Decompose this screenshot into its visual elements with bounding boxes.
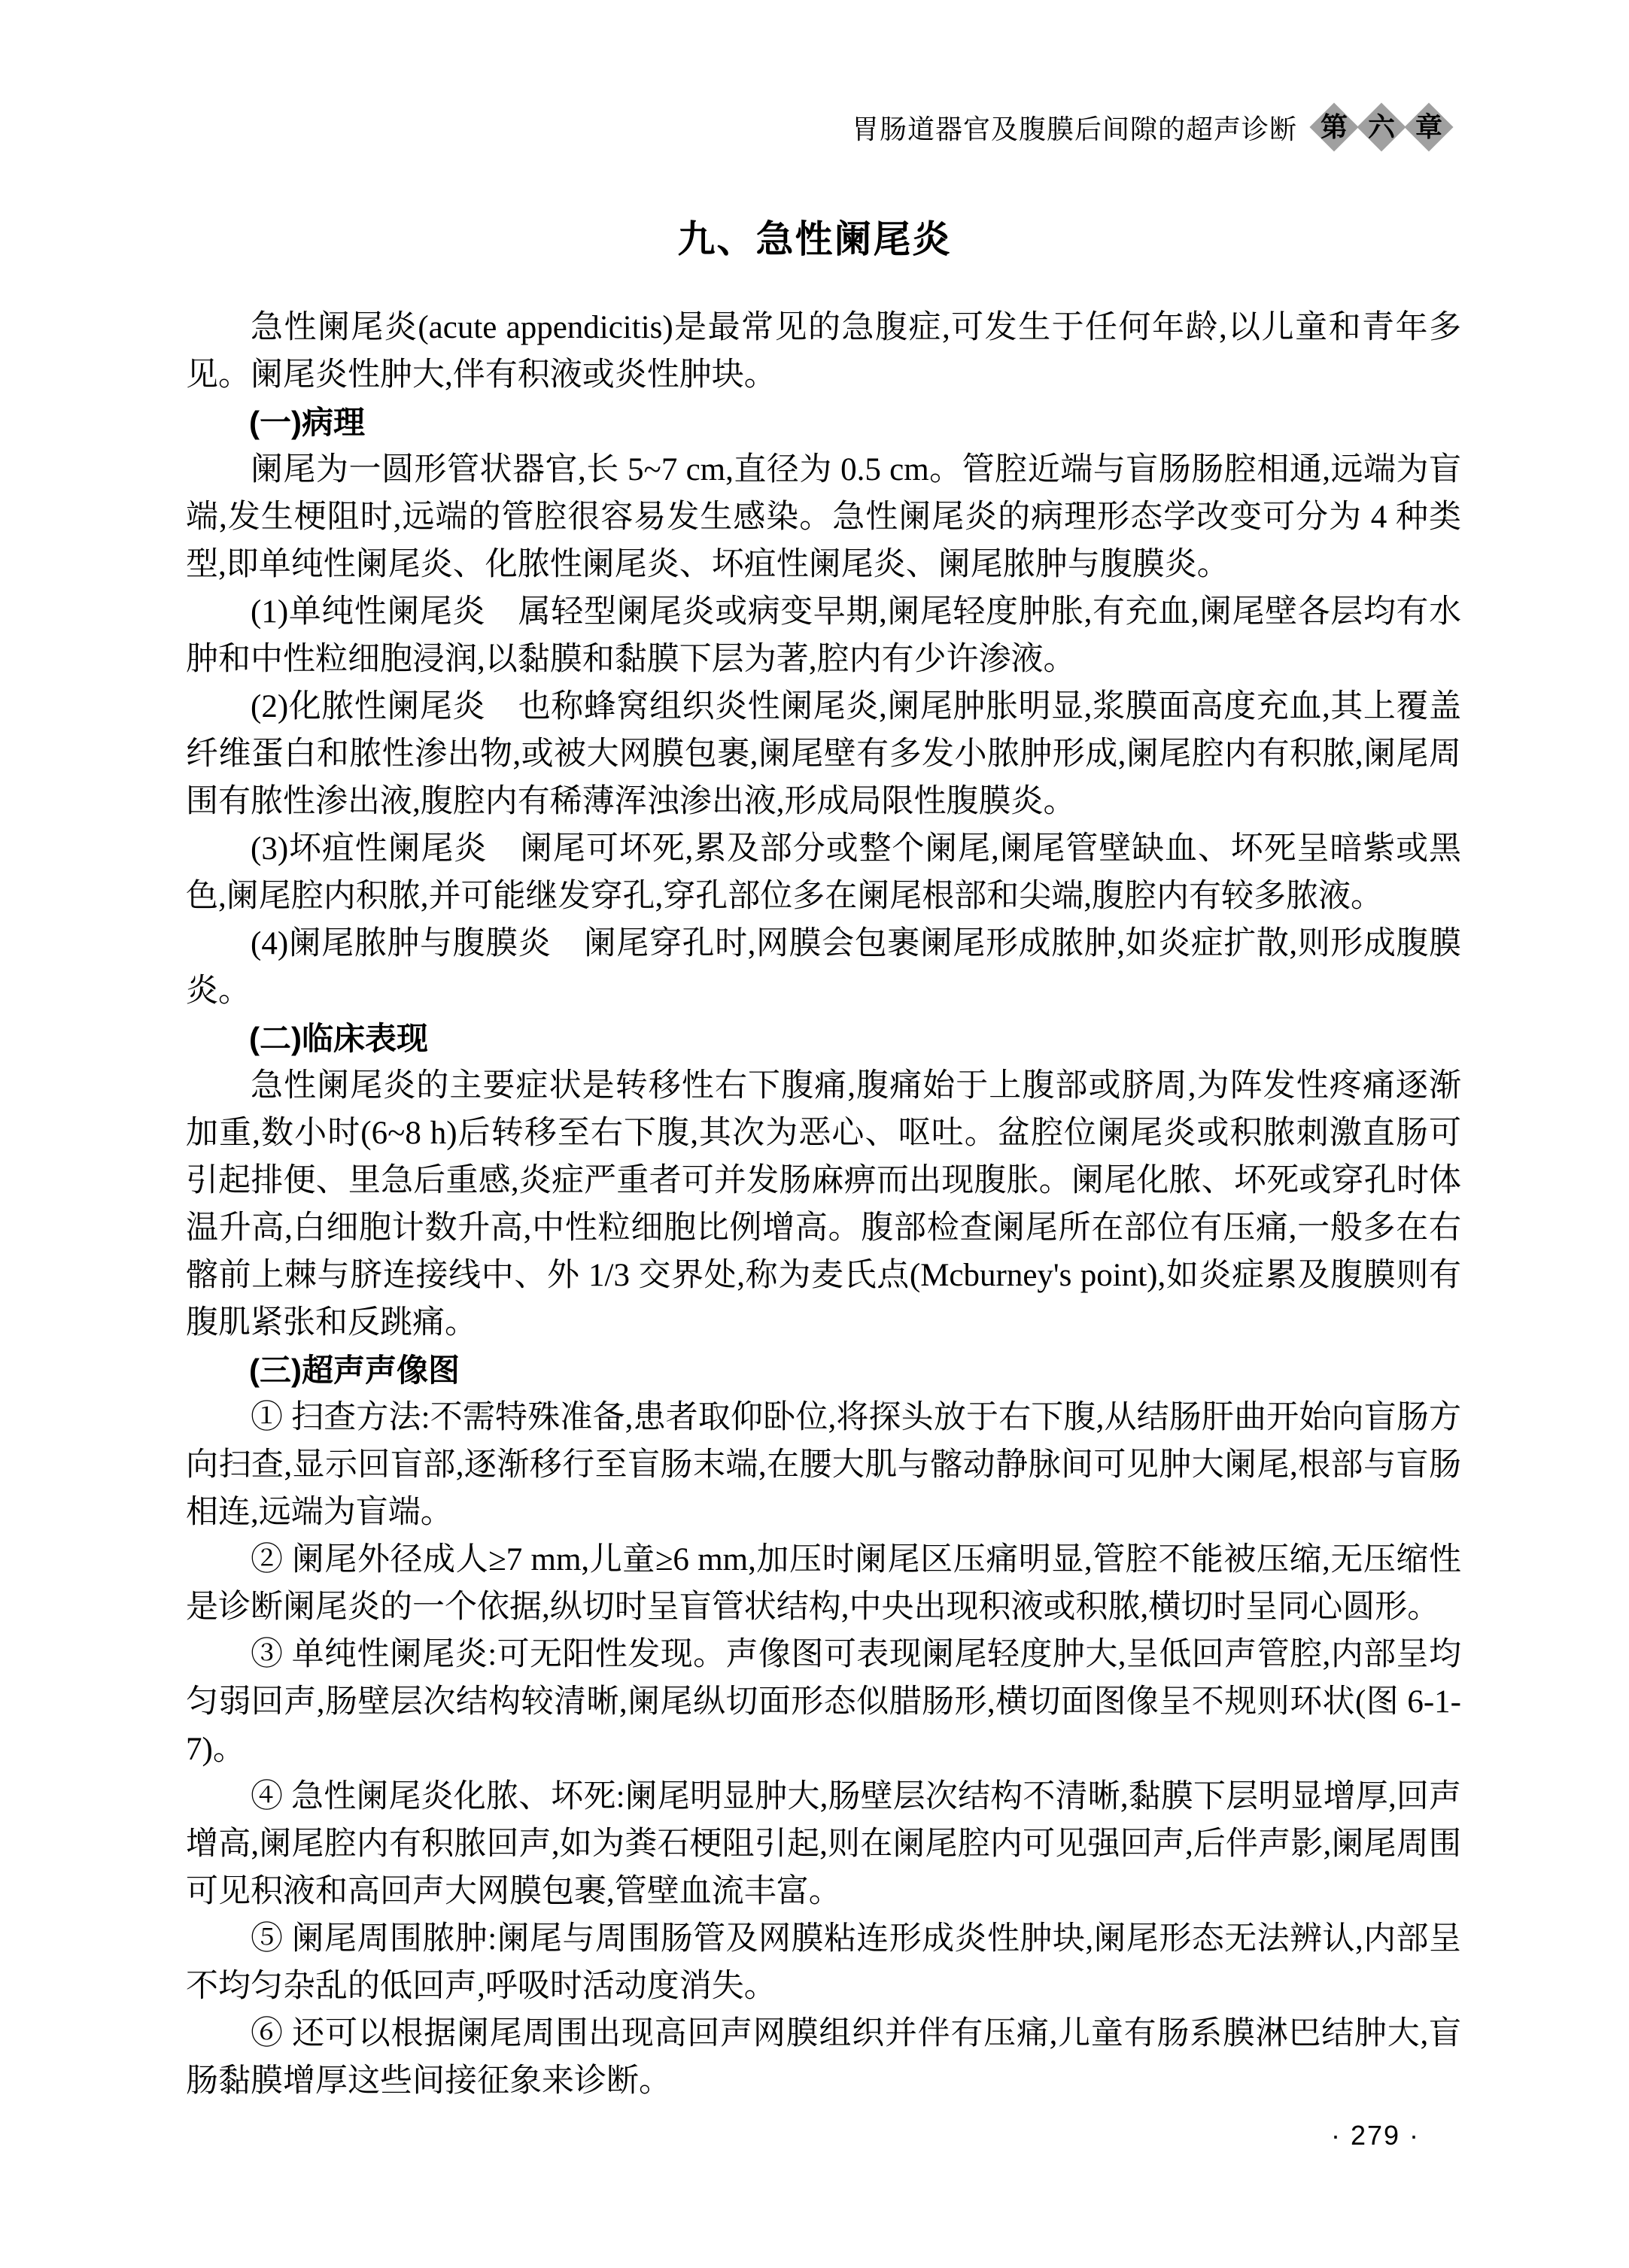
chapter-diamond: 章 <box>1404 102 1453 151</box>
chapter-diamond: 六 <box>1357 102 1406 151</box>
paragraph: ⑤ 阑尾周围脓肿:阑尾与周围肠管及网膜粘连形成炎性肿块,阑尾形态无法辨认,内部呈… <box>186 1915 1461 2010</box>
sub-heading: (二)临床表现 <box>186 1015 1461 1062</box>
paragraph: (3)坏疽性阑尾炎 阑尾可坏死,累及部分或整个阑尾,阑尾管壁缺血、坏死呈暗紫或黑… <box>186 825 1461 920</box>
paragraph: 急性阑尾炎(acute appendicitis)是最常见的急腹症,可发生于任何… <box>186 304 1461 399</box>
chapter-diamond-char: 第 <box>1321 114 1348 141</box>
section-title: 九、急性阑尾炎 <box>0 209 1629 263</box>
article-body: 急性阑尾炎(acute appendicitis)是最常见的急腹症,可发生于任何… <box>186 304 1461 2105</box>
paragraph: 阑尾为一圆形管状器官,长 5~7 cm,直径为 0.5 cm。管腔近端与盲肠肠腔… <box>186 446 1461 588</box>
chapter-diamond-char: 章 <box>1415 114 1442 141</box>
paragraph: (1)单纯性阑尾炎 属轻型阑尾炎或病变早期,阑尾轻度肿胀,有充血,阑尾壁各层均有… <box>186 588 1461 683</box>
paragraph: ② 阑尾外径成人≥7 mm,儿童≥6 mm,加压时阑尾区压痛明显,管腔不能被压缩… <box>186 1536 1461 1631</box>
running-header-title: 胃肠道器官及腹膜后间隙的超声诊断 <box>852 108 1297 147</box>
paragraph: ⑥ 还可以根据阑尾周围出现高回声网膜组织并伴有压痛,儿童有肠系膜淋巴结肿大,盲肠… <box>186 2010 1461 2105</box>
chapter-diamond: 第 <box>1309 102 1358 151</box>
paragraph: (4)阑尾脓肿与腹膜炎 阑尾穿孔时,网膜会包裹阑尾形成脓肿,如炎症扩散,则形成腹… <box>186 920 1461 1015</box>
sub-heading: (一)病理 <box>186 399 1461 446</box>
paragraph: 急性阑尾炎的主要症状是转移性右下腹痛,腹痛始于上腹部或脐周,为阵发性疼痛逐渐加重… <box>186 1062 1461 1347</box>
book-page: 胃肠道器官及腹膜后间隙的超声诊断 第六章 九、急性阑尾炎 急性阑尾炎(acute… <box>0 0 1629 2268</box>
running-header: 胃肠道器官及腹膜后间隙的超声诊断 第六章 <box>852 102 1446 152</box>
chapter-diamond-char: 六 <box>1368 114 1395 141</box>
paragraph: ③ 单纯性阑尾炎:可无阳性发现。声像图可表现阑尾轻度肿大,呈低回声管腔,内部呈均… <box>186 1631 1461 1773</box>
paragraph: ④ 急性阑尾炎化脓、坏死:阑尾明显肿大,肠壁层次结构不清晰,黏膜下层明显增厚,回… <box>186 1773 1461 1915</box>
paragraph: (2)化脓性阑尾炎 也称蜂窝组织炎性阑尾炎,阑尾肿胀明显,浆膜面高度充血,其上覆… <box>186 683 1461 825</box>
sub-heading: (三)超声声像图 <box>186 1347 1461 1394</box>
chapter-diamond-group: 第六章 <box>1317 110 1446 144</box>
paragraph: ① 扫查方法:不需特殊准备,患者取仰卧位,将探头放于右下腹,从结肠肝曲开始向盲肠… <box>186 1394 1461 1536</box>
page-number: · 279 · <box>1331 2120 1420 2151</box>
